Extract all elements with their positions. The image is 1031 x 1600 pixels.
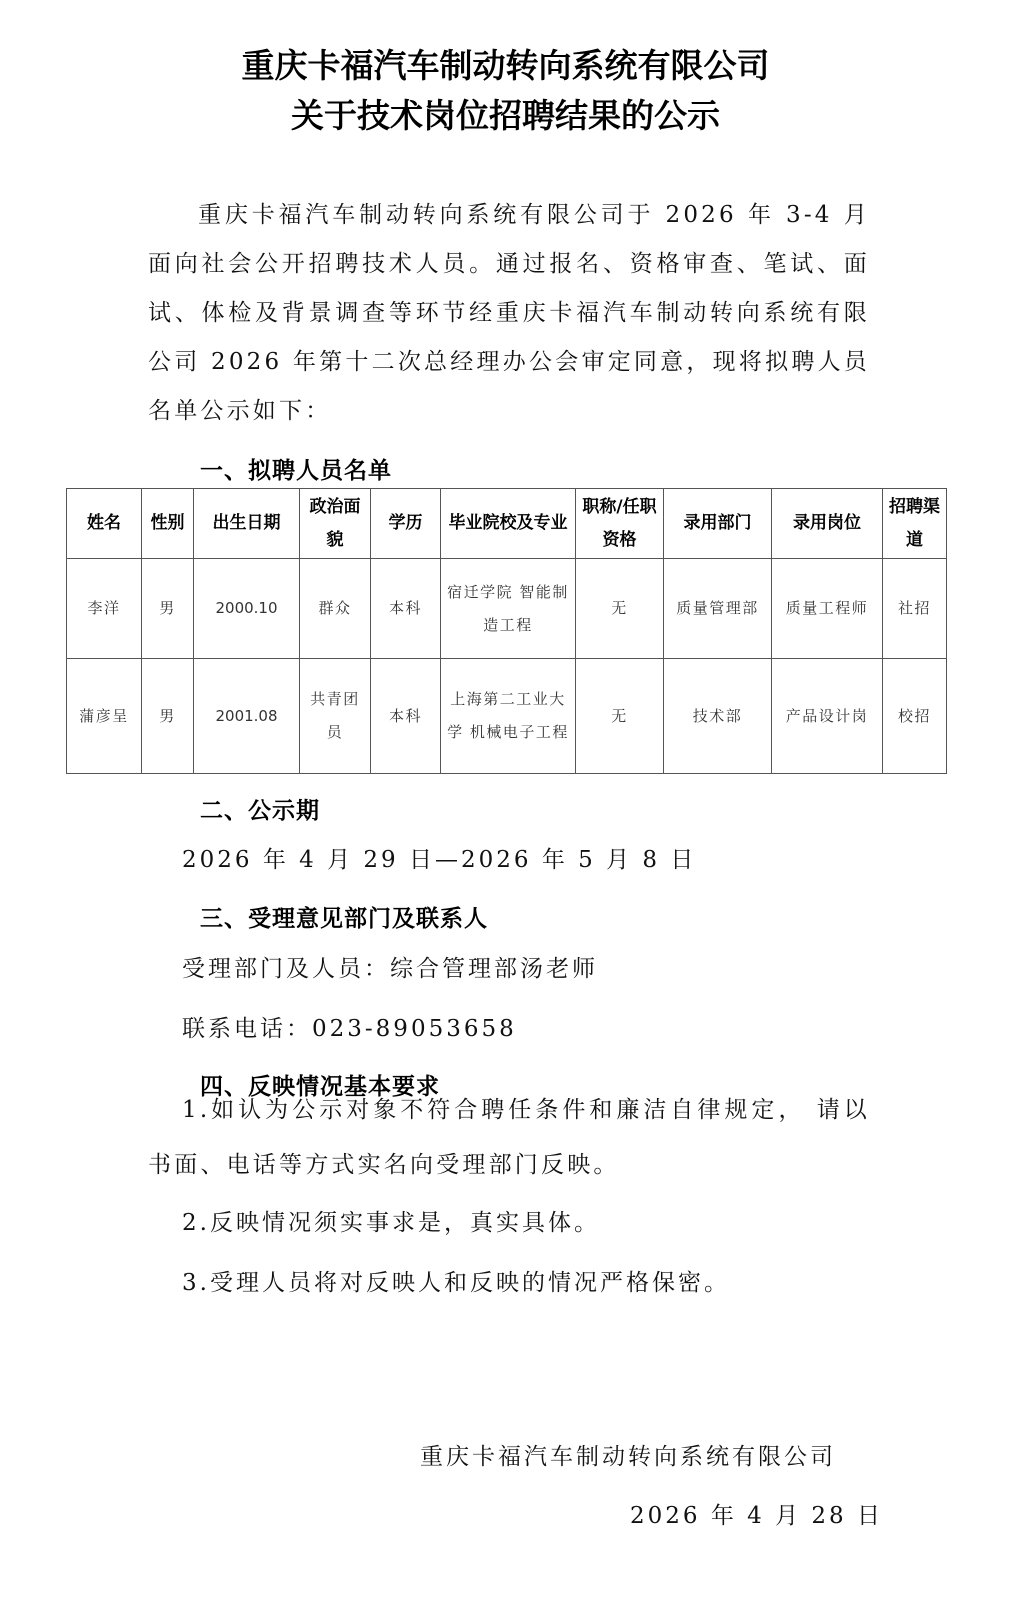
- cell-political-status: 群众: [300, 559, 371, 659]
- cell-name: 蒲彦呈: [67, 659, 142, 774]
- contact-phone: 联系电话：023-89053658: [182, 1010, 517, 1043]
- table-header-row: 姓名 性别 出生日期 政治面貌 学历 毕业院校及专业 职称/任职资格 录用部门 …: [67, 489, 947, 559]
- header-position: 录用岗位: [772, 489, 883, 559]
- table-row: 蒲彦呈 男 2001.08 共青团员 本科 上海第二工业大学 机械电子工程 无 …: [67, 659, 947, 774]
- title-line-1: 重庆卡福汽车制动转向系统有限公司: [0, 40, 1011, 87]
- publicity-period: 2026 年 4 月 29 日—2026 年 5 月 8 日: [182, 841, 696, 874]
- title-line-2: 关于技术岗位招聘结果的公示: [0, 90, 1011, 137]
- cell-birth-date: 2001.08: [194, 659, 300, 774]
- cell-political-status: 共青团员: [300, 659, 371, 774]
- cell-gender: 男: [142, 559, 194, 659]
- cell-education: 本科: [371, 659, 441, 774]
- cell-name: 李洋: [67, 559, 142, 659]
- cell-position: 质量工程师: [772, 559, 883, 659]
- header-birth-date: 出生日期: [194, 489, 300, 559]
- header-department: 录用部门: [664, 489, 772, 559]
- cell-title-qualification: 无: [576, 659, 664, 774]
- candidate-table: 姓名 性别 出生日期 政治面貌 学历 毕业院校及专业 职称/任职资格 录用部门 …: [66, 488, 947, 774]
- cell-school-major: 上海第二工业大学 机械电子工程: [441, 659, 576, 774]
- header-gender: 性别: [142, 489, 194, 559]
- requirement-3: 3.受理人员将对反映人和反映的情况严格保密。: [182, 1264, 730, 1297]
- section-2-heading: 二、公示期: [200, 792, 320, 825]
- cell-education: 本科: [371, 559, 441, 659]
- header-name: 姓名: [67, 489, 142, 559]
- signature-company: 重庆卡福汽车制动转向系统有限公司: [420, 1438, 836, 1471]
- table-row: 李洋 男 2000.10 群众 本科 宿迁学院 智能制造工程 无 质量管理部 质…: [67, 559, 947, 659]
- signature-date: 2026 年 4 月 28 日: [630, 1497, 883, 1530]
- cell-school-major: 宿迁学院 智能制造工程: [441, 559, 576, 659]
- cell-gender: 男: [142, 659, 194, 774]
- header-education: 学历: [371, 489, 441, 559]
- section-1-heading: 一、拟聘人员名单: [200, 452, 392, 485]
- header-title-qualification: 职称/任职资格: [576, 489, 664, 559]
- cell-title-qualification: 无: [576, 559, 664, 659]
- cell-channel: 社招: [883, 559, 947, 659]
- contact-department: 受理部门及人员：综合管理部汤老师: [182, 950, 598, 983]
- requirement-1: 1.如认为公示对象不符合聘任条件和廉洁自律规定， 请以书面、电话等方式实名向受理…: [148, 1083, 870, 1193]
- intro-paragraph: 重庆卡福汽车制动转向系统有限公司于 2026 年 3-4 月面向社会公开招聘技术…: [148, 191, 870, 436]
- section-3-heading: 三、受理意见部门及联系人: [200, 900, 488, 933]
- cell-department: 技术部: [664, 659, 772, 774]
- cell-department: 质量管理部: [664, 559, 772, 659]
- header-school-major: 毕业院校及专业: [441, 489, 576, 559]
- header-political-status: 政治面貌: [300, 489, 371, 559]
- requirement-2: 2.反映情况须实事求是，真实具体。: [182, 1204, 600, 1237]
- cell-position: 产品设计岗: [772, 659, 883, 774]
- cell-channel: 校招: [883, 659, 947, 774]
- cell-birth-date: 2000.10: [194, 559, 300, 659]
- header-channel: 招聘渠道: [883, 489, 947, 559]
